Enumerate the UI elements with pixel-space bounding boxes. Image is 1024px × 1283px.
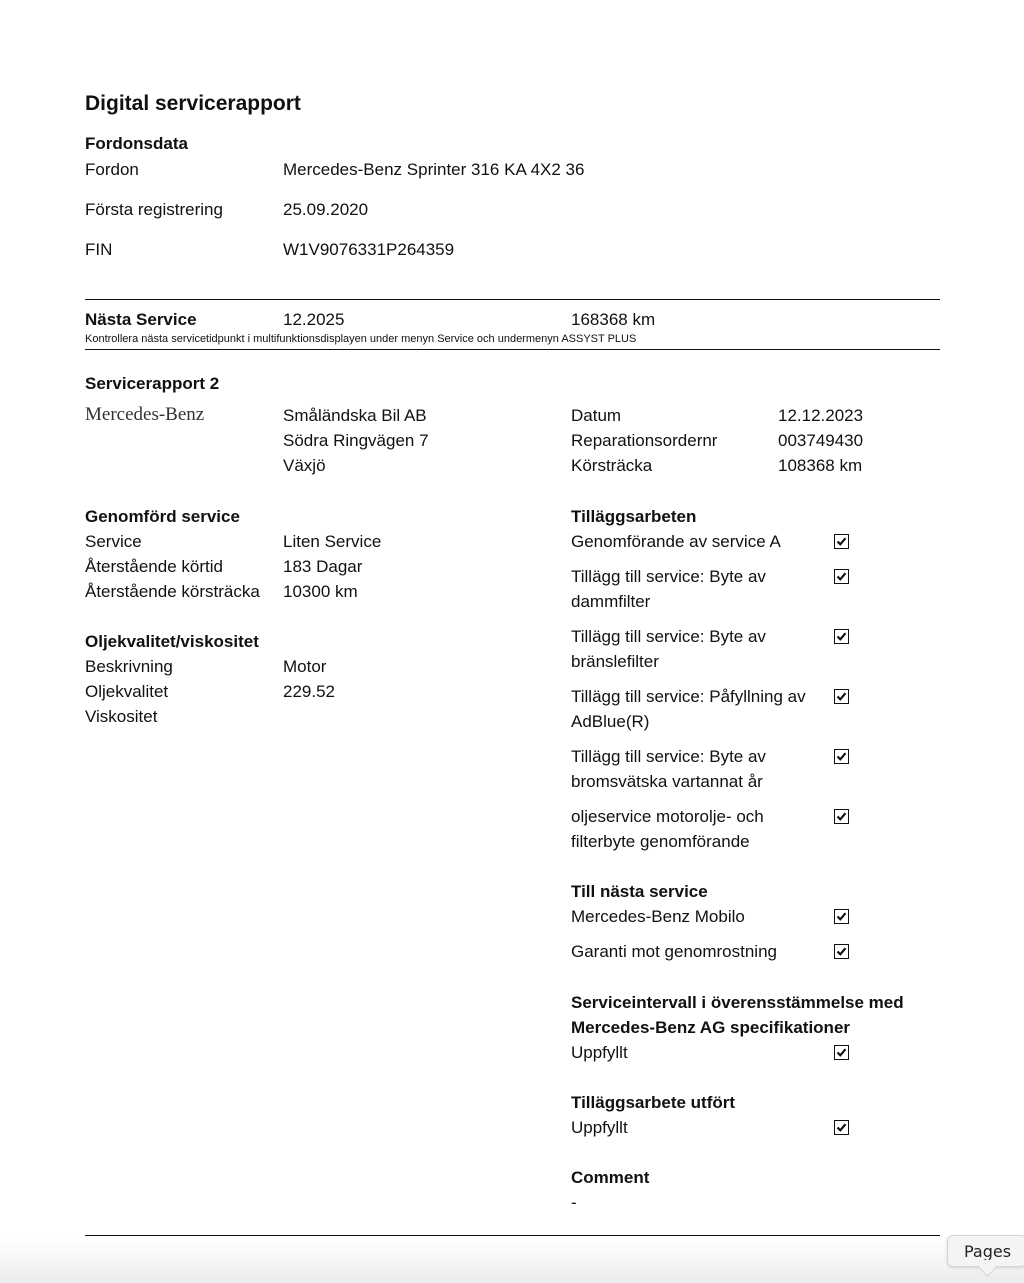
- checkmark-icon: [836, 946, 847, 957]
- checkmark-icon: [836, 911, 847, 922]
- checkmark-icon: [836, 1122, 847, 1133]
- interval-fulfilled-label: Uppfyllt: [571, 1043, 628, 1063]
- service-type-value: Liten Service: [283, 532, 381, 552]
- vehicle-heading: Fordonsdata: [85, 134, 188, 154]
- additional-work-item-label: Tillägg till service: Byte av: [571, 567, 766, 587]
- until-next-heading: Till nästa service: [571, 882, 708, 902]
- dealer-street: Södra Ringvägen 7: [283, 431, 429, 451]
- checkbox-checked: [834, 569, 849, 584]
- oil-quality-value: 229.52: [283, 682, 335, 702]
- viewer-bottom-fade: [0, 1238, 1024, 1283]
- fin-value: W1V9076331P264359: [283, 240, 454, 260]
- checkbox-checked: [834, 909, 849, 924]
- remaining-time-value: 183 Dagar: [283, 557, 362, 577]
- checkbox-checked: [834, 534, 849, 549]
- checkbox-checked: [834, 629, 849, 644]
- oil-description-value: Motor: [283, 657, 326, 677]
- pages-tooltip[interactable]: Pages: [947, 1235, 1024, 1267]
- divider: [85, 299, 940, 300]
- additional-work-item-label: Tillägg till service: Påfyllning av: [571, 687, 806, 707]
- checkmark-icon: [836, 1047, 847, 1058]
- oil-quality-label: Oljekvalitet: [85, 682, 168, 702]
- service-type-label: Service: [85, 532, 142, 552]
- checkbox-checked: [834, 749, 849, 764]
- dealer-name: Småländska Bil AB: [283, 406, 427, 426]
- checkmark-icon: [836, 631, 847, 642]
- remaining-distance-label: Återstående körsträcka: [85, 582, 260, 602]
- mileage-value: 108368 km: [778, 456, 862, 476]
- service-report-page: Digital servicerapport Fordonsdata Fordo…: [85, 0, 940, 1283]
- additional-work-item-label: Genomförande av service A: [571, 532, 781, 552]
- checkbox-checked: [834, 944, 849, 959]
- dealer-city: Växjö: [283, 456, 326, 476]
- mileage-label: Körsträcka: [571, 456, 652, 476]
- next-service-label: Nästa Service: [85, 310, 197, 330]
- additional-work-item-label-cont: filterbyte genomförande: [571, 832, 750, 852]
- interval-heading: Serviceintervall i överensstämmelse med: [571, 993, 904, 1013]
- first-registration-value: 25.09.2020: [283, 200, 368, 220]
- comment-value: -: [571, 1193, 577, 1213]
- next-service-note: Kontrollera nästa servicetidpunkt i mult…: [85, 333, 636, 345]
- fin-label: FIN: [85, 240, 112, 260]
- oil-description-label: Beskrivning: [85, 657, 173, 677]
- checkmark-icon: [836, 691, 847, 702]
- remaining-time-label: Återstående körtid: [85, 557, 223, 577]
- first-registration-label: Första registrering: [85, 200, 223, 220]
- additional-done-heading: Tilläggsarbete utfört: [571, 1093, 735, 1113]
- checkmark-icon: [836, 751, 847, 762]
- checkmark-icon: [836, 536, 847, 547]
- next-service-mileage: 168368 km: [571, 310, 655, 330]
- divider: [85, 349, 940, 350]
- comment-heading: Comment: [571, 1168, 649, 1188]
- interval-heading-cont: Mercedes-Benz AG specifikationer: [571, 1018, 850, 1038]
- vehicle-value: Mercedes-Benz Sprinter 316 KA 4X2 36: [283, 160, 584, 180]
- checkbox-checked: [834, 1120, 849, 1135]
- additional-work-item-label: Tillägg till service: Byte av: [571, 627, 766, 647]
- additional-work-item-label-cont: bromsvätska vartannat år: [571, 772, 763, 792]
- checkbox-checked: [834, 1045, 849, 1060]
- additional-work-item-label-cont: bränslefilter: [571, 652, 659, 672]
- rust-warranty-label: Garanti mot genomrostning: [571, 942, 777, 962]
- performed-service-heading: Genomförd service: [85, 507, 240, 527]
- next-service-date: 12.2025: [283, 310, 344, 330]
- checkbox-checked: [834, 689, 849, 704]
- viscosity-label: Viskositet: [85, 707, 157, 727]
- vehicle-label: Fordon: [85, 160, 139, 180]
- additional-work-item-label: oljeservice motorolje- och: [571, 807, 764, 827]
- repair-order-value: 003749430: [778, 431, 863, 451]
- additional-done-label: Uppfyllt: [571, 1118, 628, 1138]
- oil-heading: Oljekvalitet/viskositet: [85, 632, 259, 652]
- remaining-distance-value: 10300 km: [283, 582, 358, 602]
- additional-work-item-label-cont: dammfilter: [571, 592, 650, 612]
- footer-divider: [85, 1235, 940, 1236]
- document-title: Digital servicerapport: [85, 92, 301, 116]
- repair-order-label: Reparationsordernr: [571, 431, 717, 451]
- report-heading: Servicerapport 2: [85, 374, 219, 394]
- checkbox-checked: [834, 809, 849, 824]
- mercedes-benz-logo: Mercedes-Benz: [85, 404, 204, 426]
- date-value: 12.12.2023: [778, 406, 863, 426]
- checkmark-icon: [836, 811, 847, 822]
- date-label: Datum: [571, 406, 621, 426]
- additional-work-heading: Tilläggsarbeten: [571, 507, 696, 527]
- additional-work-item-label-cont: AdBlue(R): [571, 712, 649, 732]
- mobilo-label: Mercedes-Benz Mobilo: [571, 907, 745, 927]
- additional-work-item-label: Tillägg till service: Byte av: [571, 747, 766, 767]
- checkmark-icon: [836, 571, 847, 582]
